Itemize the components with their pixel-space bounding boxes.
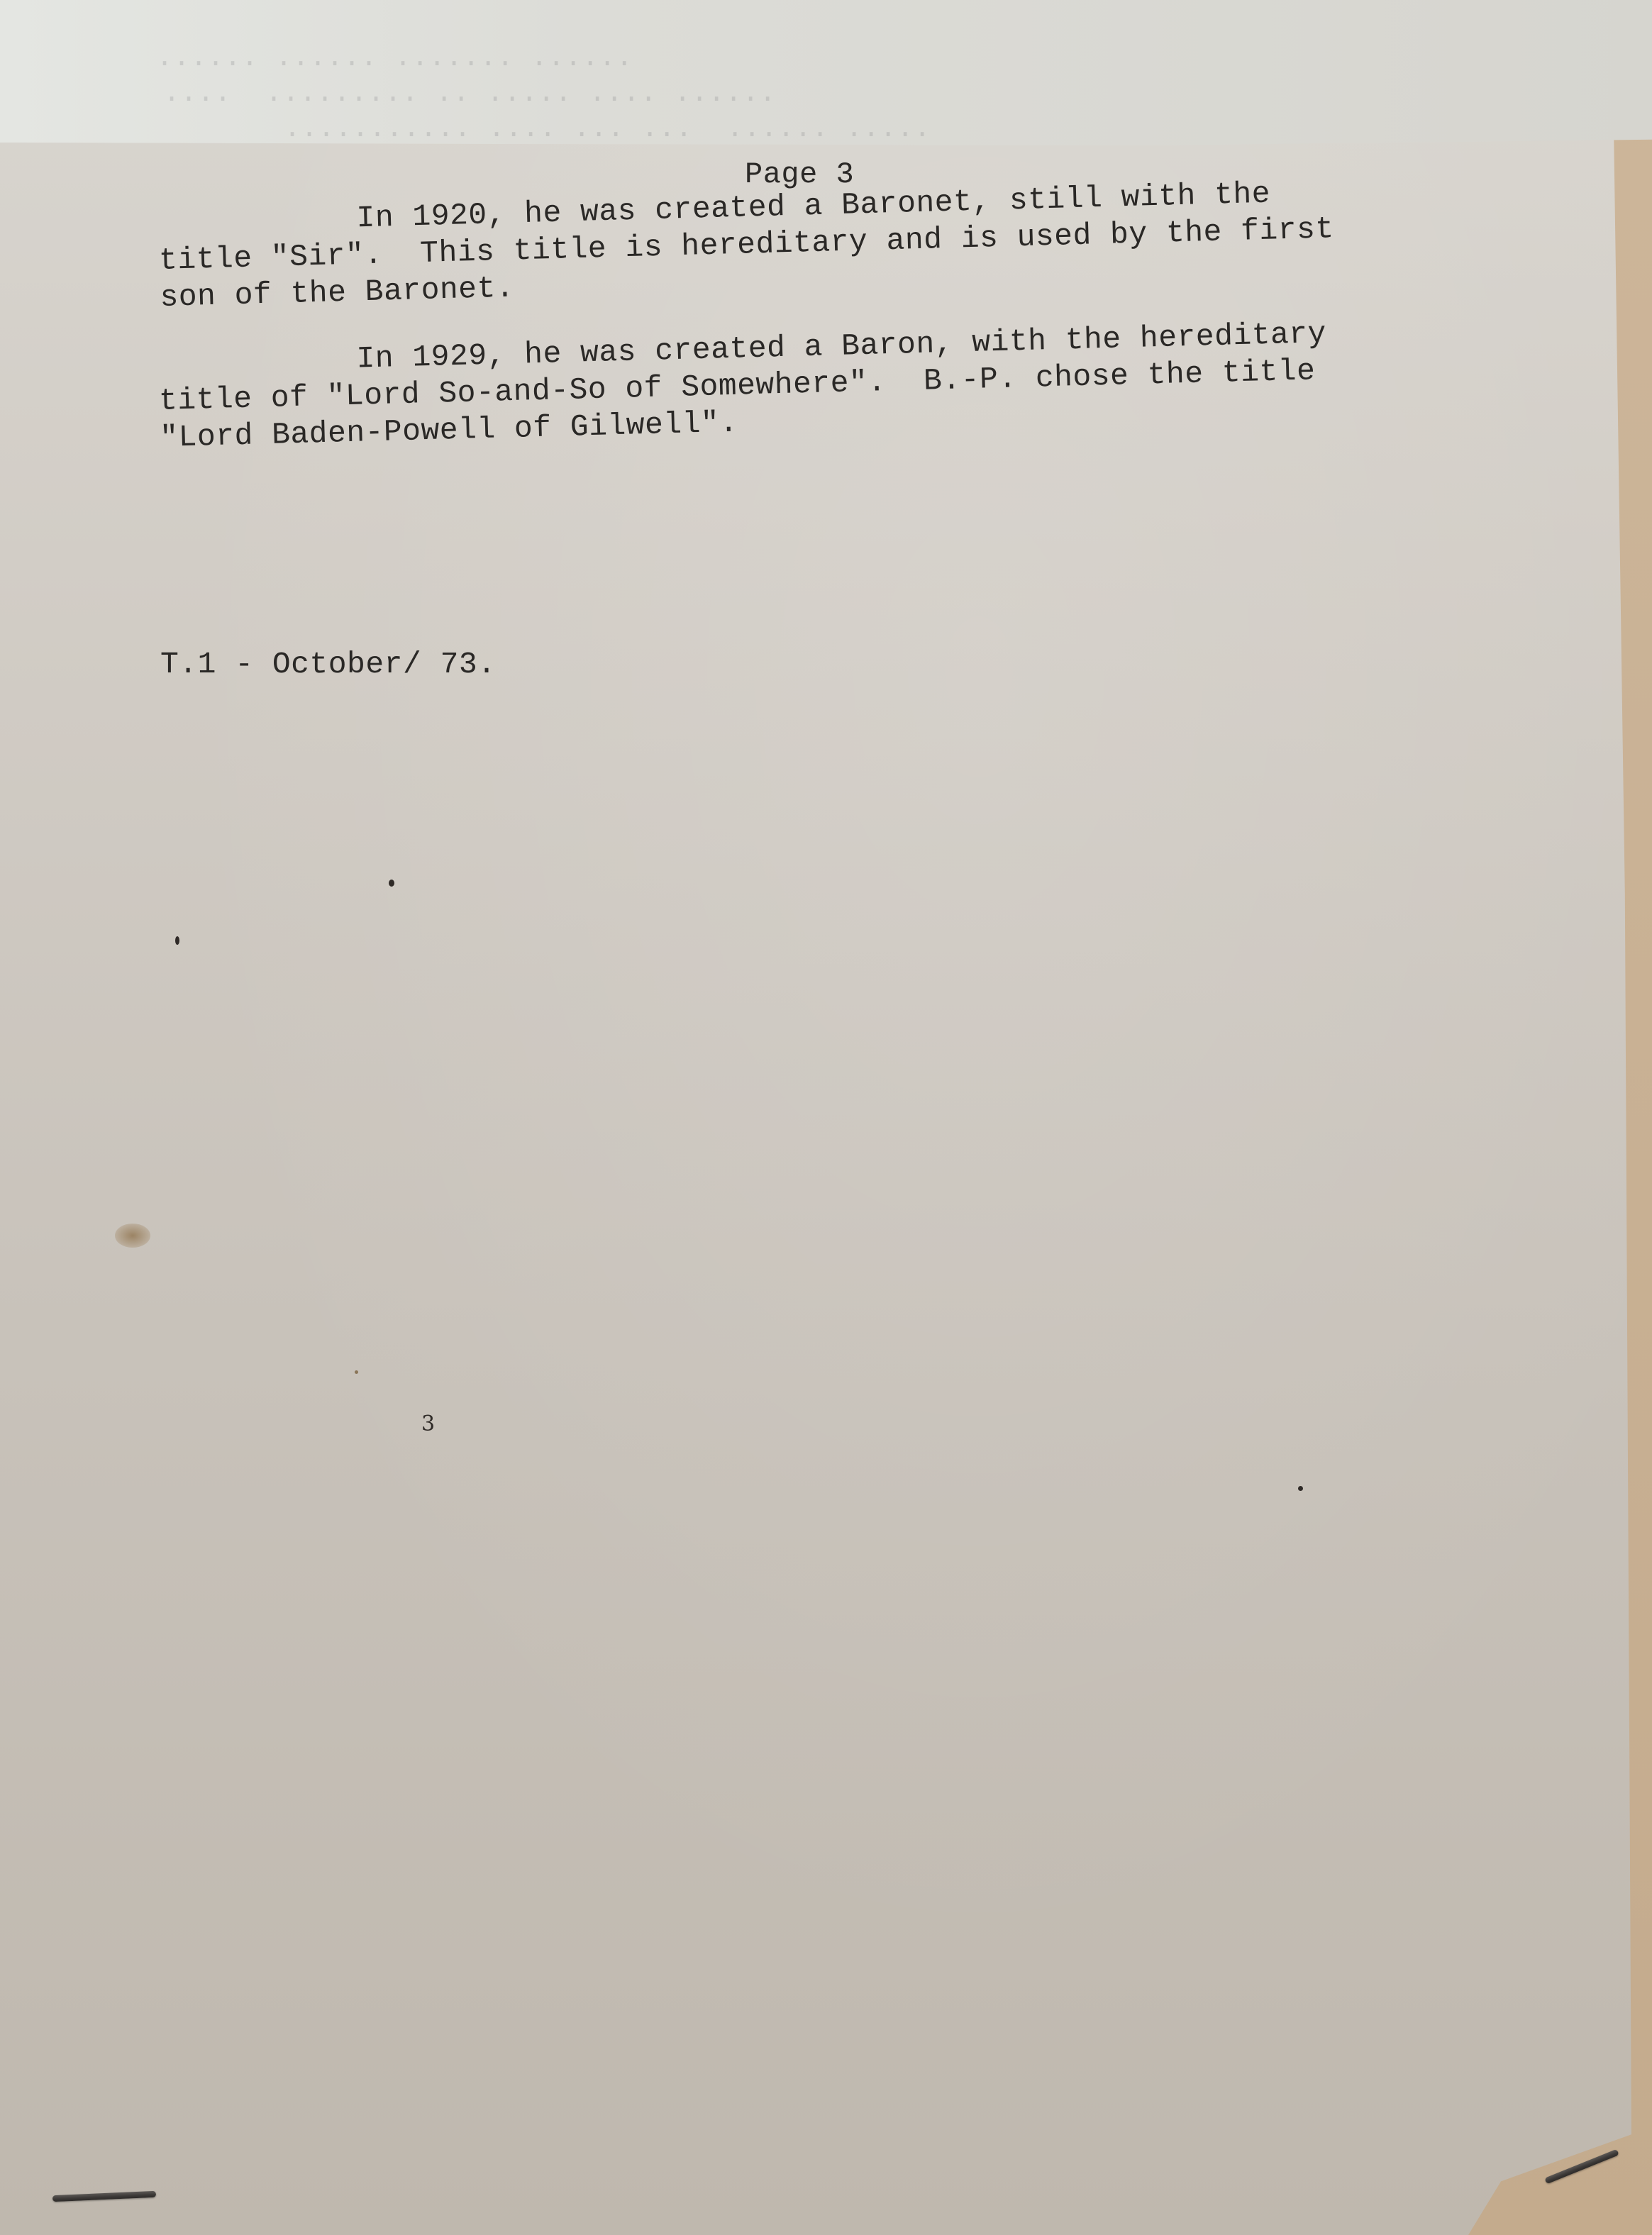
bleed-through-line: ..... ...... ... ... .... ........... (284, 113, 931, 145)
ink-speck (175, 936, 179, 945)
document-reference: T.1 - October/ 73. (160, 647, 496, 682)
stain-speck (355, 1370, 358, 1374)
page-number: Page 3 (745, 157, 854, 192)
overlapping-sheet: ...... ....... ...... ...... ...... ....… (0, 0, 1652, 145)
ink-speck (389, 880, 394, 887)
ink-speck (1298, 1486, 1303, 1491)
bleed-through-line: ...... ....... ...... ...... (156, 43, 633, 74)
bleed-through-line: ...... .... ..... .. ......... .... (163, 78, 776, 110)
stain-mark (115, 1224, 150, 1248)
handwritten-mark: 3 (421, 1412, 435, 1436)
